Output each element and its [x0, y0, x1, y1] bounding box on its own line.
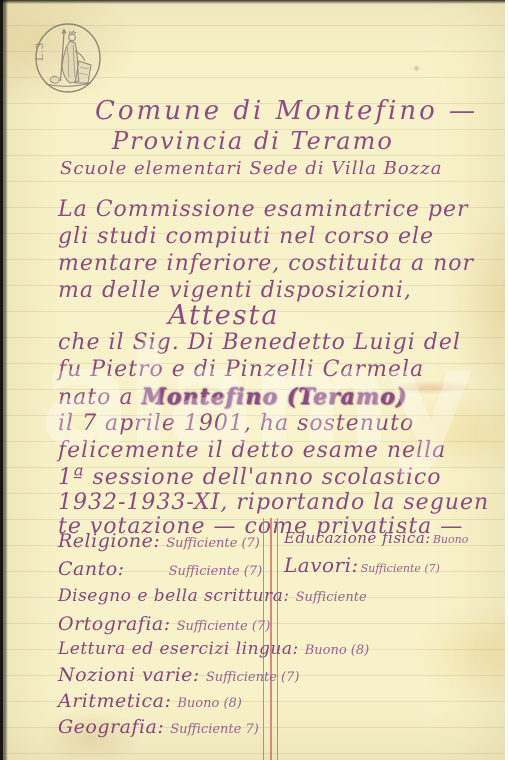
- grade-subject: Canto:: [58, 558, 125, 580]
- grade-subject: Ortografia:: [58, 613, 171, 635]
- grade-value: Sufficiente (7): [177, 619, 271, 634]
- revenue-stamp-seal: L.3: [33, 21, 103, 95]
- grade-row-educazione-fisica: Educazione fisica:Buono: [284, 528, 468, 547]
- grade-row-ortografia: Ortografia:Sufficiente (7): [58, 613, 270, 635]
- grade-value: Sufficiente (7): [206, 670, 300, 685]
- birthplace-prefix: nato a: [58, 385, 141, 410]
- photo-edge-top: [0, 0, 508, 4]
- grade-subject: Aritmetica:: [58, 690, 171, 712]
- grade-value: Buono: [433, 533, 469, 546]
- birthplace-province: (Teramo): [278, 384, 407, 410]
- header-province: Provincia di Teramo: [112, 127, 394, 155]
- body-line-signore: che il Sig. Di Benedetto Luigi del: [58, 330, 461, 355]
- header-school: Scuole elementari Sede di Villa Bozza: [60, 158, 442, 179]
- attesta-heading: Attesta: [168, 300, 280, 331]
- body-line-exam1: felicemente il detto esame nella: [58, 438, 446, 463]
- stamp-value-label: L.3: [35, 42, 46, 61]
- header-commune: Comune di Montefino —: [95, 96, 478, 126]
- body-line-parents: fu Pietro e di Pinzelli Carmela: [58, 357, 424, 382]
- grade-row-nozioni: Nozioni varie:Sufficiente (7): [58, 664, 299, 686]
- grade-row-geografia: Geografia:Sufficiente 7): [58, 716, 259, 738]
- grade-row-lettura: Lettura ed esercizi lingua:Buono (8): [58, 639, 369, 659]
- grade-value: Sufficiente 7): [170, 722, 259, 737]
- grade-subject: Lavori:: [284, 553, 359, 577]
- grade-value: Buono (8): [305, 643, 370, 658]
- grade-row-canto: Canto:Sufficiente (7): [58, 558, 262, 580]
- grade-value: Sufficiente: [296, 590, 367, 605]
- grade-subject: Religione:: [58, 530, 160, 552]
- document-page: L.3 Comune di Montefino — Provincia di T…: [0, 0, 508, 760]
- body-line-exam2: 1ª sessione dell'anno scolastico: [58, 465, 441, 490]
- body-line: La Commissione esaminatrice per: [58, 197, 469, 222]
- grade-row-aritmetica: Aritmetica:Buono (8): [58, 690, 242, 712]
- grade-value: Sufficiente (7): [169, 564, 263, 579]
- grade-subject: Nozioni varie:: [58, 664, 200, 686]
- body-line-exam3: 1932-1933-XI, riportando la seguen: [58, 490, 489, 515]
- body-line: gli studi compiuti nel corso ele: [58, 224, 434, 249]
- grade-value: Sufficiente (7): [166, 536, 260, 551]
- grade-value: Buono (8): [177, 696, 242, 711]
- grade-row-lavori: Lavori:Sufficiente (7): [284, 553, 440, 577]
- birthplace-name: Montefino: [141, 384, 278, 410]
- photo-edge-left: [0, 0, 8, 760]
- grade-subject: Lettura ed esercizi lingua:: [58, 639, 299, 659]
- grade-subject: Geografia:: [58, 716, 164, 738]
- grade-row-religione: Religione:Sufficiente (7): [58, 530, 260, 552]
- body-line: mentare inferiore, costituita a nor: [58, 251, 474, 276]
- grade-row-disegno: Disegno e bella scrittura:Sufficiente: [58, 586, 367, 606]
- grade-subject: Disegno e bella scrittura:: [58, 586, 290, 606]
- grade-value: Sufficiente (7): [361, 562, 440, 575]
- grade-subject: Educazione fisica:: [284, 529, 431, 547]
- body-line-birthplace: nato a Montefino (Teramo): [58, 384, 407, 410]
- body-line-birthdate: il 7 aprile 1901, ha sostenuto: [58, 411, 414, 436]
